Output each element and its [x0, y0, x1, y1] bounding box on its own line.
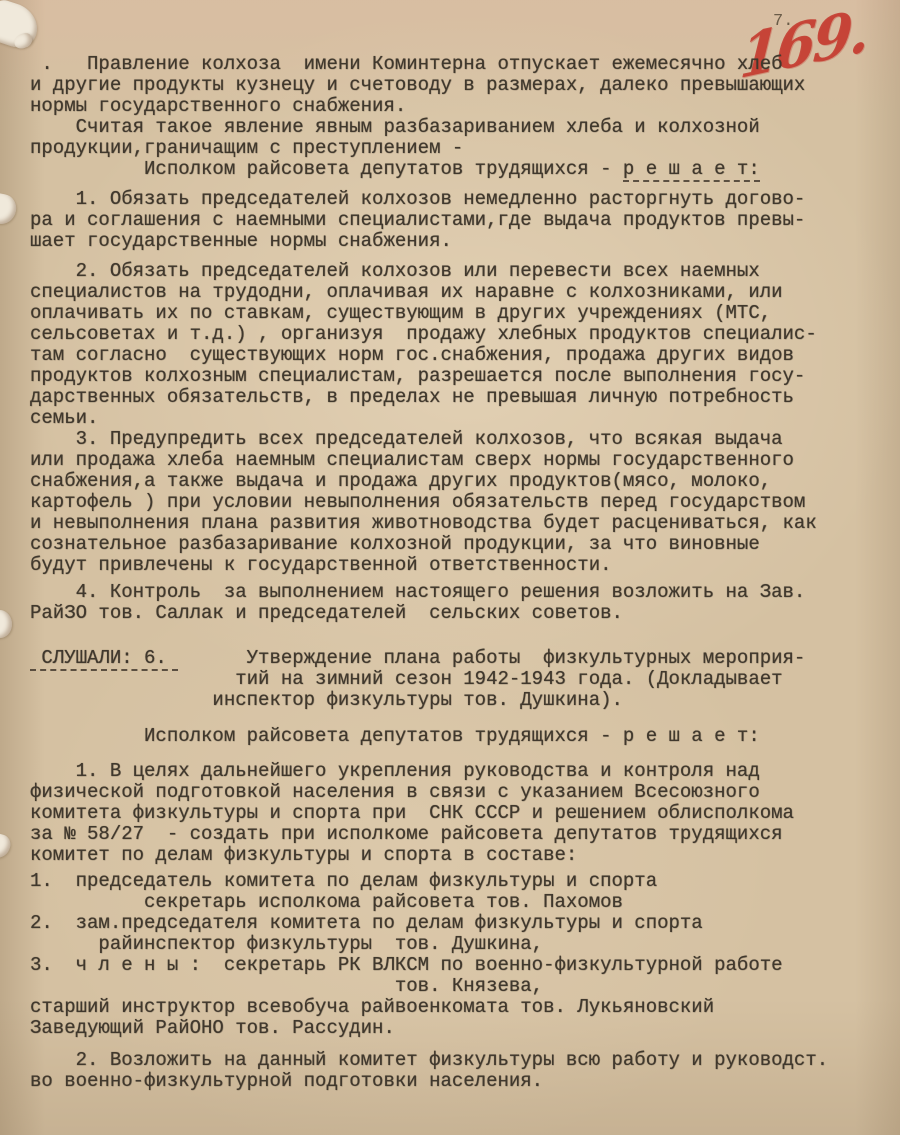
paragraph-intro: . Правление колхоза имени Коминтерна отп… [30, 54, 880, 159]
resolution2-item-2: 2. Возложить на данный комитет физкульту… [30, 1050, 880, 1092]
resolves-word-underlined: р е ш а е т: [623, 158, 760, 182]
document-page: 7. 169. . Правление колхоза имени Коминт… [0, 0, 900, 1135]
document-body: . Правление колхоза имени Коминтерна отп… [0, 0, 900, 1092]
slushali-heading: СЛУШАЛИ: 6. Утверждение плана работы физ… [30, 648, 880, 711]
resolution-lead-2: Исполком райсовета депутатов трудящихся … [30, 726, 880, 747]
resolution-item-4: 4. Контроль за выполнением настоящего ре… [30, 582, 880, 624]
committee-member-list: 1. председатель комитета по делам физкул… [30, 871, 880, 1039]
resolution2-item-1: 1. В целях дальнейшего укрепления руково… [30, 761, 880, 866]
resolution-item-2: 2. Обязать председателей колхозов или пе… [30, 261, 880, 429]
resolution-item-1: 1. Обязать председателей колхозов немедл… [30, 189, 880, 252]
resolution-lead: Исполком райсовета депутатов трудящихся … [30, 159, 880, 180]
resolution-lead-text: Исполком райсовета депутатов трудящихся … [30, 158, 623, 180]
resolution-item-3: 3. Предупредить всех председателей колхо… [30, 429, 880, 576]
